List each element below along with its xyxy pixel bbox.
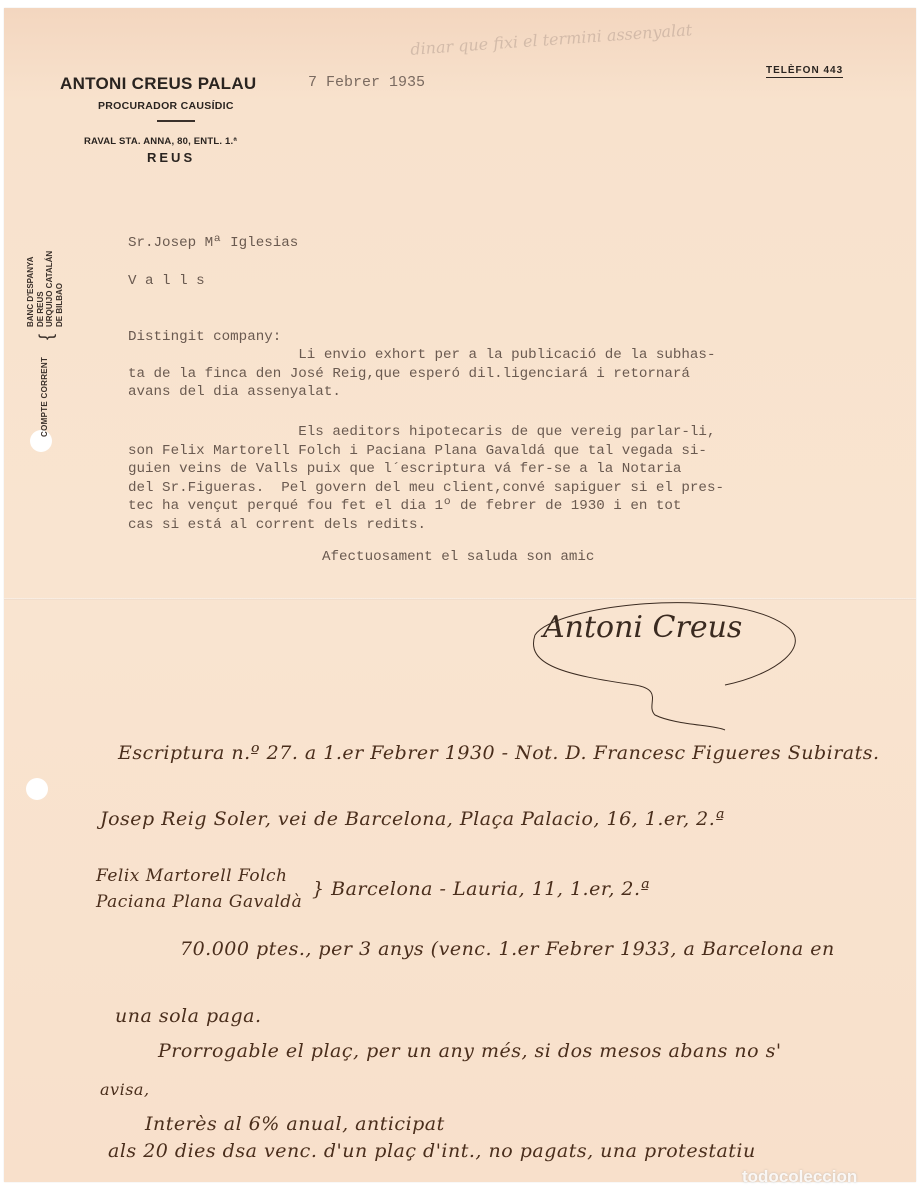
letterhead-title: PROCURADOR CAUSÍDIC <box>98 100 234 112</box>
paragraph-1: Li envio exhort per a la publicació de l… <box>128 346 715 402</box>
handwritten-note: avisa, <box>100 1080 150 1099</box>
letterhead-address: RAVAL STA. ANNA, 80, ENTL. 1.ª <box>84 136 237 147</box>
letterhead-telephone: TELÈFON 443 <box>766 65 843 78</box>
signature-text: Antoni Creus <box>540 610 742 645</box>
letter-date: 7 Febrer 1935 <box>308 74 425 93</box>
bank-name: DE BILBAO <box>55 251 65 327</box>
brace-icon: { <box>36 334 57 340</box>
paragraph-2: Els aeditors hipotecaris de que vereig p… <box>128 423 724 534</box>
handwritten-note: Escriptura n.º 27. a 1.er Febrer 1930 - … <box>118 742 880 764</box>
text-line: son Felix Martorell Folch i Paciana Plan… <box>128 442 724 461</box>
bank-name: DE REUS <box>36 251 46 327</box>
handwritten-note: } Barcelona - Lauria, 11, 1.er, 2.ª <box>312 878 650 900</box>
punch-hole-bottom <box>26 778 48 800</box>
text-line: guien veins de Valls puix que l´escriptu… <box>128 460 724 479</box>
bank-list: BANC D'ESPANYA DE REUS URQUIJO CATALÁN D… <box>26 251 64 327</box>
bank-account-label: COMPTE CORRENT <box>40 357 49 437</box>
text-line: ta de la finca den José Reig,que esperó … <box>128 365 715 384</box>
handwritten-note: Interès al 6% anual, anticipat <box>145 1113 445 1135</box>
text-line: Li envio exhort per a la publicació de l… <box>128 346 715 365</box>
bank-name: BANC D'ESPANYA <box>26 251 36 327</box>
letterhead-divider <box>157 120 195 122</box>
text-line: cas si está al corrent dels redits. <box>128 516 724 535</box>
text-line: Els aeditors hipotecaris de que vereig p… <box>128 423 724 442</box>
handwritten-note: Paciana Plana Gavaldà <box>96 892 302 912</box>
handwritten-note: als 20 dies dsa venc. d'un plaç d'int., … <box>108 1140 756 1162</box>
salutation: Distingit company: <box>128 328 281 347</box>
handwritten-note: una sola paga. <box>115 1005 262 1027</box>
bank-name: URQUIJO CATALÁN <box>45 251 55 327</box>
recipient-name: Sr.Josep Mª Iglesias <box>128 234 298 253</box>
text-line: tec ha vençut perqué fou fet el dia 1º d… <box>128 497 724 516</box>
handwritten-note: Felix Martorell Folch <box>96 866 288 886</box>
text-line: del Sr.Figueras. Pel govern del meu clie… <box>128 479 724 498</box>
handwritten-note: 70.000 ptes., per 3 anys (venc. 1.er Feb… <box>180 938 835 960</box>
letterhead-city: REUS <box>147 150 195 165</box>
text-line: avans del dia assenyalat. <box>128 383 715 402</box>
letterhead-name: ANTONI CREUS PALAU <box>60 74 257 94</box>
closing: Afectuosament el saluda son amic <box>322 548 594 567</box>
signature: Antoni Creus <box>525 585 805 735</box>
recipient-city: V a l l s <box>128 272 205 291</box>
handwritten-note: Josep Reig Soler, vei de Barcelona, Plaç… <box>100 808 725 830</box>
handwritten-note: Prorrogable el plaç, per un any més, si … <box>158 1040 782 1062</box>
watermark: todocoleccion <box>742 1167 857 1187</box>
